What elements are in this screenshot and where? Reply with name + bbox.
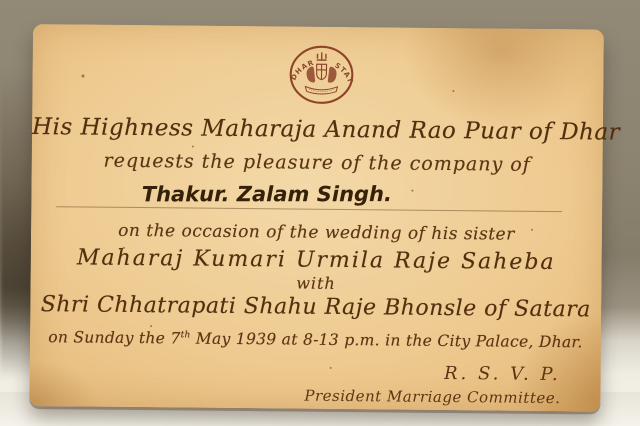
date-suffix: May 1939 at 8-13 p.m. in the City Palace…	[191, 330, 583, 352]
date-line: on Sunday the 7th May 1939 at 8-13 p.m. …	[30, 328, 601, 351]
age-speck	[452, 90, 454, 92]
photo-scene: DHAR STATE	[0, 0, 640, 426]
rsvp-line: R. S. V. P.	[305, 362, 561, 385]
crest-crown-icon	[317, 52, 327, 60]
signoff-line: President Marriage Committee.	[304, 387, 560, 407]
invitation-card: DHAR STATE	[29, 24, 604, 411]
age-speck	[150, 325, 152, 327]
crest-motto-ribbon-icon	[305, 87, 337, 95]
groom-name-line: Shri Chhatrapati Shahu Raje Bhonsle of S…	[30, 292, 601, 322]
date-prefix: on Sunday the 7	[48, 328, 181, 347]
rsvp-block: R. S. V. P. President Marriage Committee…	[304, 362, 560, 407]
conjunction-line: with	[30, 271, 601, 295]
age-speck	[192, 146, 194, 148]
host-line: His Highness Maharaja Anand Rao Puar of …	[32, 114, 603, 145]
request-line: requests the pleasure of the company of	[32, 149, 603, 176]
dhar-state-crest-icon: DHAR STATE	[286, 41, 357, 108]
crest-shield-icon	[317, 64, 327, 79]
date-ordinal: th	[181, 330, 191, 340]
age-speck	[81, 74, 84, 77]
guest-name-rule	[56, 206, 562, 212]
occasion-line: on the occasion of the wedding of his si…	[31, 220, 602, 245]
handwritten-guest-name: Thakur. Zalam Singh.	[39, 182, 494, 206]
